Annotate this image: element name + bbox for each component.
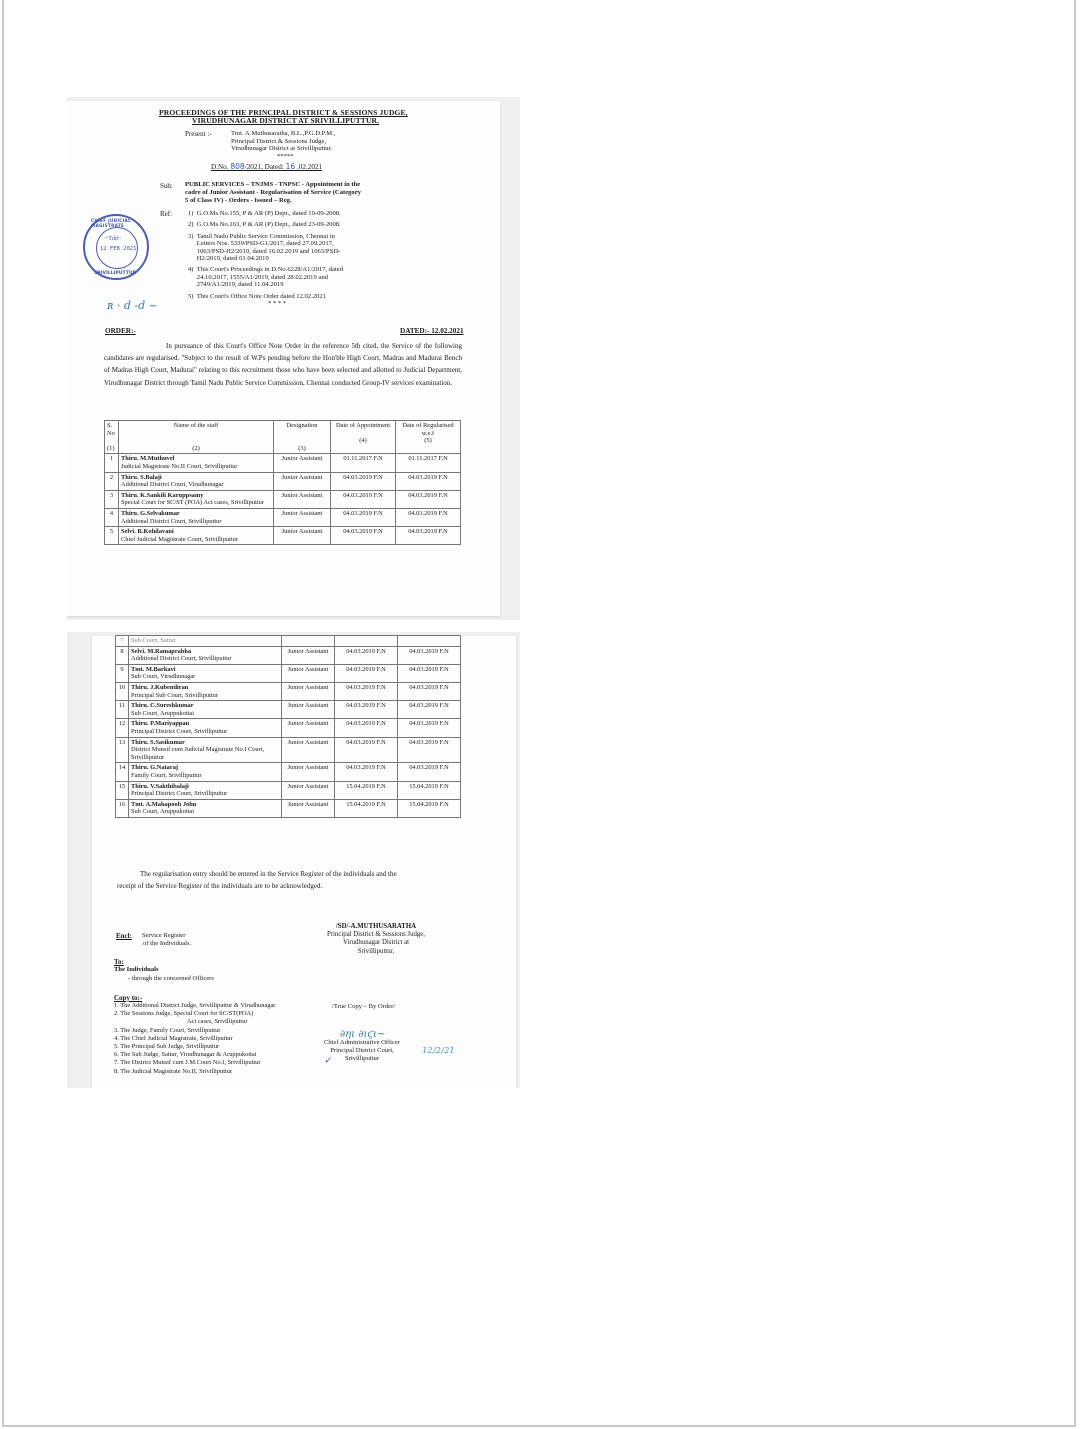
cell-sno: 16 (116, 799, 129, 817)
dno-day-handwritten: 16 (286, 162, 296, 171)
cell-sno: 3 (105, 490, 119, 508)
signatory-line: Srivilliputtur. (327, 948, 425, 956)
cell-appointment: 04.03.2019 F.N (335, 763, 398, 781)
order-paragraph: In pursuance of this Court's Office Note… (104, 340, 462, 389)
cell-regularised: 04.03.2019 F.N (398, 664, 461, 682)
references-list: 1) G.O.Ms.No.155, P & AR (P) Dept., date… (188, 210, 343, 307)
cell-appointment: 04.03.2019 F.N (331, 490, 396, 508)
ref-text: G.O.Ms.No.155, P & AR (P) Dept., dated 1… (197, 210, 341, 217)
encl-block: Service Register of the Individuals. (142, 932, 191, 948)
staff-name: Thiru. G.Nataraj (131, 764, 279, 772)
copy-to-item: 1. The Additional District Judge, Srivil… (114, 1002, 275, 1010)
col-header-regularised: Date of Regularised w.e.f(5) (396, 421, 461, 454)
cell-regularised: 04.03.2019 F.N (396, 472, 461, 490)
cell-sno: 12 (116, 719, 129, 737)
copy-to-item: 2. The Sessions Judge, Special Court for… (114, 1010, 275, 1018)
staff-office: Principal Sub Court, Srivilliputtur (131, 692, 279, 700)
cell-office: Sub Court, Sattur (131, 637, 279, 645)
cell-sno: 1 (105, 454, 119, 472)
cell-sno: 15 (116, 781, 129, 799)
copy-to-item: 6. The Sub Judge, Sattur, Virudhunagar &… (114, 1051, 275, 1059)
ref-text: Letters Nos. 5339/PSD-G1/2017, dated 27.… (197, 240, 340, 247)
attest-line: Chief Administrative Officer (324, 1039, 400, 1047)
cell-name: Thiru. J.KubendiranPrincipal Sub Court, … (129, 682, 282, 700)
staff-name: Thiru. V.Sakthibalaji (131, 783, 279, 791)
cell-designation: Junior Assistant (274, 527, 331, 545)
staff-name: Tmt. A.Mahapoob John (131, 801, 279, 809)
col-header-name: Name of the staff(2) (119, 421, 274, 454)
table-row: 14Thiru. G.NatarajFamily Court, Srivilli… (116, 763, 461, 781)
table-row: 5Selvi. R.KohilavaniChief Judicial Magis… (105, 527, 461, 545)
court-seal-stamp: CHIEF JUDICIAL MAGISTRATE ~Tdd~ 12 FEB 2… (83, 214, 149, 280)
closing-paragraph-line-1: The regularisation entry should be enter… (140, 870, 397, 878)
staff-office: Special Court for SC/ST (POA) Act cases,… (121, 499, 271, 507)
table-row: 3Thiru. K.Sankili KaruppsamySpecial Cour… (105, 490, 461, 508)
cell-name: Thiru. K.Sankili KaruppsamySpecial Court… (119, 490, 274, 508)
encl-line: Service Register (142, 932, 191, 940)
dno-number-handwritten: 808 (230, 162, 244, 171)
cell-sno: 14 (116, 763, 129, 781)
cell-appointment: 04.03.2019 F.N (335, 646, 398, 664)
header-number: (2) (192, 445, 199, 452)
present-line: Virudhunagar District at Srivilliputtur. (231, 145, 335, 153)
ref-number: 3) (188, 233, 194, 263)
sub-label: Sub: (160, 182, 173, 190)
present-line: Principal District & Sessions Judge, (231, 138, 335, 146)
table-row: 1Thiru. M.MuthuvelJudicial Magistrate No… (105, 454, 461, 472)
header-number: (1) (107, 445, 114, 452)
dno-line: D.No. 808/2021, Dated: 16 .02.2021 (211, 163, 322, 171)
cell-name: Sub Court, Sattur (129, 636, 282, 647)
seal-top-text: CHIEF JUDICIAL MAGISTRATE (91, 218, 147, 228)
true-copy-note: /True Copy – By Order/ (332, 1003, 395, 1011)
ref-text: This Court's Office Note Order dated 12.… (197, 293, 326, 300)
cell-designation: Junior Assistant (282, 719, 335, 737)
table-row: 11Thiru. C.SureshkumarSub Court, Aruppuk… (116, 701, 461, 719)
seal-initials: ~Tdd~ (105, 236, 121, 242)
stars-divider: * * * * (188, 300, 343, 307)
ref-label: Ref: (160, 210, 172, 218)
staff-office: Sub Court, Aruppukottai (131, 710, 279, 718)
signatory-line: Virudhunagar District at (327, 939, 425, 947)
copy-to-item: 7. The District Munsif cum J.M.Court No.… (114, 1059, 275, 1067)
dno-mid: /2021, Dated: (245, 163, 284, 171)
header-line-2: VIRUDHUNAGAR DISTRICT AT SRIVILLIPUTTUR. (192, 117, 379, 125)
reference-item: 4) This Court's Proceedings in D.No.6228… (188, 266, 343, 288)
staff-office: Principal District Court, Srivilliputtur (131, 790, 279, 798)
staff-name: Thiru. J.Kubendiran (131, 684, 279, 692)
staff-name: Selvi. M.Ramaprabha (131, 648, 279, 656)
staff-office: Sub Court, Virudhunagar (131, 673, 279, 681)
reference-item: 2) G.O.Ms.No.163, P & AR (P) Dept., date… (188, 221, 343, 228)
cell-appointment: 04.03.2019 F.N (335, 664, 398, 682)
cell-sno: 5 (105, 527, 119, 545)
signatory-line: Principal District & Sessions Judge, (327, 931, 425, 939)
header-label: Date of Appointment (336, 422, 390, 429)
seal-date: 12 FEB 2021 (100, 246, 136, 252)
staff-name: Thiru. G.Selvakumar (121, 510, 271, 518)
col-header-appointment: Date of Appointment(4) (331, 421, 396, 454)
copy-to-item: 5. The Principal Sub Judge, Srivilliputt… (114, 1043, 275, 1051)
cell-regularised: 04.03.2019 F.N (398, 719, 461, 737)
copy-to-list: 1. The Additional District Judge, Srivil… (114, 1002, 275, 1076)
ref-text: 1063/PSD-H2/2019, dated 16.02.2019 and 1… (197, 248, 340, 255)
col-header-designation: Designation(3) (274, 421, 331, 454)
staff-table-part-1: S. No(1) Name of the staff(2) Designatio… (104, 420, 461, 545)
staff-office: Additional District Court, Srivilliputtu… (121, 518, 271, 526)
cell-name: Thiru. V.SakthibalajiPrincipal District … (129, 781, 282, 799)
table-row: 16Tmt. A.Mahapoob JohnSub Court, Aruppuk… (116, 799, 461, 817)
cell-designation (282, 636, 335, 647)
cell-sno: 11 (116, 701, 129, 719)
cell-sno: 10 (116, 682, 129, 700)
reference-item: 5) This Court's Office Note Order dated … (188, 293, 343, 300)
staff-name: Thiru. P.Mariyappan (131, 720, 279, 728)
cell-designation: Junior Assistant (274, 454, 331, 472)
encl-line: of the Individuals. (142, 940, 191, 948)
cell-name: Thiru. P.MariyappanPrincipal District Co… (129, 719, 282, 737)
signatory-name: /SD/-A.MUTHUSARATHA (327, 923, 425, 931)
cell-name: Thiru. S.SasikumarDistrict Munsif cum Ju… (129, 737, 282, 763)
cell-sno: 8 (116, 646, 129, 664)
encl-label: Encl: (116, 932, 132, 940)
copy-to-item: Act cases, Srivilliputtur (114, 1018, 275, 1026)
table-row: 9Tmt. M.BarkaviSub Court, VirudhunagarJu… (116, 664, 461, 682)
cell-appointment: 04.03.2019 F.N (331, 508, 396, 526)
ref-number: 5) (188, 293, 194, 300)
cell-name: Thiru. S.BalajiAdditional District Court… (119, 472, 274, 490)
ref-number: 4) (188, 266, 194, 288)
staff-name: Thiru. C.Sureshkumar (131, 702, 279, 710)
subject-line: 5 of Class IV) - Orders - Issued – Reg. (185, 197, 361, 205)
col-header-sno: S. No(1) (105, 421, 119, 454)
scanned-page-2: 7 Sub Court, Sattur 8Selvi. M.Ramaprabha… (67, 632, 520, 1088)
cell-appointment: 04.03.2019 F.N (335, 737, 398, 763)
attest-line: Srivilliputtur (324, 1055, 400, 1063)
cell-name: Tmt. M.BarkaviSub Court, Virudhunagar (129, 664, 282, 682)
table-row: 8Selvi. M.RamaprabhaAdditional District … (116, 646, 461, 664)
checkmark-icon: ✓ (324, 1056, 332, 1066)
header-label: S. No (107, 422, 115, 437)
table-row-partial: 7 Sub Court, Sattur (116, 636, 461, 647)
cell-regularised: 04.03.2019 F.N (396, 527, 461, 545)
scanned-page-1: PROCEEDINGS OF THE PRINCIPAL DISTRICT & … (67, 97, 520, 620)
staff-office: Additional District Court, Virudhunagar (121, 481, 271, 489)
table-row: 15Thiru. V.SakthibalajiPrincipal Distric… (116, 781, 461, 799)
to-block: The Individuals - through the concerned … (114, 966, 214, 983)
cell-regularised: 04.03.2019 F.N (398, 646, 461, 664)
present-line: Tmt. A.Muthusaratha, B.L.,P.G.D.P.M., (231, 130, 335, 138)
cell-appointment: 04.03.2019 F.N (331, 527, 396, 545)
cell-designation: Junior Assistant (282, 799, 335, 817)
cell-name: Thiru. G.SelvakumarAdditional District C… (119, 508, 274, 526)
cell-designation: Junior Assistant (282, 682, 335, 700)
cell-sno: 13 (116, 737, 129, 763)
subject-line: cadre of Junior Assistant - Regularisati… (185, 189, 361, 197)
cell-name: Thiru. C.SureshkumarSub Court, Aruppukot… (129, 701, 282, 719)
staff-name: Thiru. K.Sankili Karuppsamy (121, 492, 271, 500)
cell-regularised: 15.04.2019 F.N (398, 781, 461, 799)
copy-to-item: 4. The Chief Judicial Magistrate, Srivil… (114, 1035, 275, 1043)
present-block: Tmt. A.Muthusaratha, B.L.,P.G.D.P.M., Pr… (231, 130, 335, 160)
cell-name: Selvi. R.KohilavaniChief Judicial Magist… (119, 527, 274, 545)
cell-regularised: 04.03.2019 F.N (398, 763, 461, 781)
cell-name: Tmt. A.Mahapoob JohnSub Court, Aruppukot… (129, 799, 282, 817)
seal-bottom-text: SRIVILLIPUTTUR (94, 271, 136, 276)
subject-line: PUBLIC SERVICES – TNJMS - TNPSC - Appoin… (185, 181, 361, 189)
reference-item: 3) Tamil Nadu Public Service Commission,… (188, 233, 343, 263)
ref-text: Tamil Nadu Public Service Commission, Ch… (197, 233, 340, 240)
cell-sno: 4 (105, 508, 119, 526)
subject-block: PUBLIC SERVICES – TNJMS - TNPSC - Appoin… (185, 181, 361, 205)
signatory-block: /SD/-A.MUTHUSARATHA Principal District &… (327, 923, 425, 956)
cell-designation: Junior Assistant (282, 701, 335, 719)
copy-to-item: 8. The Judicial Magistrate No.II, Srivil… (114, 1068, 275, 1076)
header-number: (3) (298, 445, 305, 452)
order-dated: DATED:- 12.02.2021 (400, 327, 464, 335)
header-number: (4) (359, 437, 366, 444)
reference-item: 1) G.O.Ms.No.155, P & AR (P) Dept., date… (188, 210, 343, 217)
cell-appointment: 04.03.2019 F.N (335, 701, 398, 719)
closing-paragraph-line-2: receipt of the Service Register of the i… (117, 882, 322, 890)
table-header-row: S. No(1) Name of the staff(2) Designatio… (105, 421, 461, 454)
cell-designation: Junior Assistant (282, 781, 335, 799)
dno-suffix: .02.2021 (297, 163, 322, 171)
cell-regularised: 01.11.2017 F.N (396, 454, 461, 472)
staff-office: Family Court, Srivilliputtur (131, 772, 279, 780)
cell-regularised (398, 636, 461, 647)
stars-divider: ***** (231, 153, 335, 161)
cell-regularised: 04.03.2019 F.N (396, 508, 461, 526)
cell-regularised: 04.03.2019 F.N (398, 682, 461, 700)
cell-regularised: 04.03.2019 F.N (398, 701, 461, 719)
staff-office: Principal District Court, Srivilliputtur (131, 728, 279, 736)
ref-text: G.O.Ms.No.163, P & AR (P) Dept., dated 2… (197, 221, 341, 228)
header-label: Name of the staff (174, 422, 218, 429)
table-row: 12Thiru. P.MariyappanPrincipal District … (116, 719, 461, 737)
copy-to-item: 3. The Judge, Family Court, Srivilliputt… (114, 1027, 275, 1035)
ref-number: 1) (188, 210, 194, 217)
cell-designation: Junior Assistant (282, 646, 335, 664)
staff-office: Sub Court, Aruppukottai (131, 808, 279, 816)
cell-name: Thiru. M.MuthuvelJudicial Magistrate No.… (119, 454, 274, 472)
cell-sno: 7 (116, 636, 129, 647)
staff-office: Chief Judicial Magistrate Court, Srivill… (121, 536, 271, 544)
attest-block: Chief Administrative Officer Principal D… (324, 1039, 400, 1064)
staff-office: Additional District Court, Srivilliputtu… (131, 655, 279, 663)
ref-text: This Court's Proceedings in D.No.6228/A1… (197, 266, 343, 273)
cell-appointment (335, 636, 398, 647)
cell-name: Thiru. G.NatarajFamily Court, Srivillipu… (129, 763, 282, 781)
to-line: The Individuals (114, 966, 214, 975)
dno-prefix: D.No. (211, 163, 229, 171)
cell-regularised: 15.04.2019 F.N (398, 799, 461, 817)
ref-text: H2/2019, dated 01.04.2019 (197, 255, 340, 262)
attest-line: Principal District Court, (324, 1047, 400, 1055)
cell-designation: Junior Assistant (274, 490, 331, 508)
cell-appointment: 15.04.2019 F.N (335, 799, 398, 817)
ref-number: 2) (188, 221, 194, 228)
cell-appointment: 01.11.2017 F.N (331, 454, 396, 472)
table-row: 13Thiru. S.SasikumarDistrict Munsif cum … (116, 737, 461, 763)
header-label: Designation (287, 422, 318, 429)
header-number: (5) (424, 437, 431, 444)
staff-office: Judicial Magistrate No.II Court, Srivill… (121, 463, 271, 471)
staff-table-part-2: 7 Sub Court, Sattur 8Selvi. M.Ramaprabha… (115, 635, 461, 818)
cell-appointment: 04.03.2019 F.N (335, 682, 398, 700)
cell-sno: 9 (116, 664, 129, 682)
cell-appointment: 04.03.2019 F.N (335, 719, 398, 737)
attest-date-handwritten: 12/2/21 (422, 1046, 455, 1056)
cell-appointment: 04.03.2019 F.N (331, 472, 396, 490)
page-1-paper: PROCEEDINGS OF THE PRINCIPAL DISTRICT & … (67, 101, 500, 616)
staff-name: Thiru. S.Sasikumar (131, 739, 279, 747)
cell-appointment: 15.04.2019 F.N (335, 781, 398, 799)
present-label: Present :- (185, 130, 212, 138)
cell-name: Selvi. M.RamaprabhaAdditional District C… (129, 646, 282, 664)
cell-designation: Junior Assistant (282, 737, 335, 763)
handwritten-signature: ʀ · d -d ~ (107, 299, 158, 312)
cell-designation: Junior Assistant (274, 472, 331, 490)
cell-designation: Junior Assistant (274, 508, 331, 526)
table-row: 4Thiru. G.SelvakumarAdditional District … (105, 508, 461, 526)
cell-regularised: 04.03.2019 F.N (398, 737, 461, 763)
cell-designation: Junior Assistant (282, 664, 335, 682)
table-row: 10Thiru. J.KubendiranPrincipal Sub Court… (116, 682, 461, 700)
staff-name: Thiru. M.Muthuvel (121, 455, 271, 463)
ref-text: 2749/A1/2019, dated 11.04.2019 (197, 281, 343, 288)
page-2-paper: 7 Sub Court, Sattur 8Selvi. M.Ramaprabha… (92, 636, 516, 1088)
cell-designation: Junior Assistant (282, 763, 335, 781)
cell-sno: 2 (105, 472, 119, 490)
ref-text: 24.10.2017, 1555/A1/2019, dated 28.02.20… (197, 274, 343, 281)
to-line: - through the concerned Officers (114, 975, 214, 984)
header-label: Date of Regularised w.e.f (402, 422, 453, 437)
order-label: ORDER:- (105, 327, 136, 335)
staff-name: Thiru. S.Balaji (121, 474, 271, 482)
table-row: 2Thiru. S.BalajiAdditional District Cour… (105, 472, 461, 490)
staff-office: District Munsif cum Judicial Magistrate … (131, 746, 279, 761)
cell-regularised: 04.03.2019 F.N (396, 490, 461, 508)
staff-name: Selvi. R.Kohilavani (121, 528, 271, 536)
staff-name: Tmt. M.Barkavi (131, 666, 279, 674)
